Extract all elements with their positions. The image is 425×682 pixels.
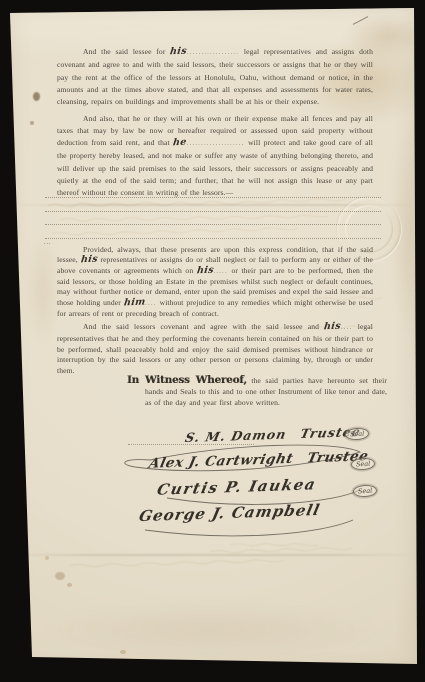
foxing-spot bbox=[45, 556, 49, 560]
ruled-line bbox=[45, 211, 381, 212]
ruled-line bbox=[45, 238, 381, 239]
paragraph-text: And the said lessee for bbox=[83, 47, 165, 56]
seal-stamp-icon: Seal bbox=[353, 484, 378, 497]
signature-name: George J. Campbell bbox=[137, 501, 322, 525]
handwritten-insertion-him: him bbox=[123, 298, 146, 306]
stain-bottom bbox=[40, 600, 380, 660]
signature-campbell: George J. Campbell bbox=[140, 504, 319, 522]
paragraph-text: And the said lessors covenant and agree … bbox=[83, 322, 319, 331]
in-witness-whereof-heading: In Witness Whereof, bbox=[127, 374, 247, 386]
stain-right-edge bbox=[390, 120, 425, 340]
dotted-leader: .................... bbox=[187, 141, 245, 147]
signature-name: Curtis P. Iaukea bbox=[155, 475, 318, 498]
scan-background: And the said lessee for his.............… bbox=[0, 0, 425, 682]
foxing-spot bbox=[120, 650, 126, 654]
handwritten-insertion-he: he bbox=[173, 139, 188, 147]
dotted-leader: .... bbox=[341, 325, 353, 331]
lessors-covenant-paragraph: And the said lessors covenant and agree … bbox=[57, 322, 373, 377]
proviso-paragraph: Provided, always, that these presents ar… bbox=[57, 245, 373, 319]
handwritten-insertion-his: his bbox=[324, 323, 342, 331]
foxing-spot bbox=[67, 583, 72, 587]
ruled-line bbox=[45, 224, 381, 225]
signature-name: S. M. Damon bbox=[184, 427, 288, 445]
signature-cartwright: Alex J. CartwrightTrustee bbox=[150, 452, 367, 468]
ruled-line bbox=[45, 197, 381, 198]
covenant-paragraph-rent: And the said lessee for his.............… bbox=[57, 46, 373, 108]
dotted-leader: ..... bbox=[213, 269, 228, 275]
covenant-paragraph-taxes: And also, that he or they will at his ow… bbox=[57, 113, 373, 199]
witness-clause: In Witness Whereof, the said parties hav… bbox=[127, 375, 387, 409]
dotted-leader: .... bbox=[145, 301, 157, 307]
blank-ruled-lines bbox=[45, 197, 381, 251]
seal-stamp-icon: Seal bbox=[351, 457, 376, 470]
signature-damon: S. M. DamonTrustee bbox=[186, 427, 360, 442]
handwritten-insertion-his: his bbox=[80, 256, 98, 264]
signature-line bbox=[128, 444, 254, 445]
foxing-spot bbox=[55, 572, 65, 580]
signature-name: Alex J. Cartwright bbox=[147, 451, 294, 472]
fold-crease bbox=[12, 554, 412, 556]
document-page: And the said lessee for his.............… bbox=[0, 0, 425, 682]
foxing-spot bbox=[33, 92, 40, 101]
seal-stamp-icon: Seal bbox=[345, 427, 370, 440]
signature-iaukea: Curtis P. Iaukea bbox=[158, 478, 316, 496]
handwritten-insertion-his: his bbox=[170, 48, 188, 56]
margin-mark: ... bbox=[44, 240, 52, 246]
handwritten-insertion-his: his bbox=[196, 266, 214, 274]
foxing-spot bbox=[30, 121, 34, 125]
dotted-leader: .................. bbox=[187, 50, 239, 56]
